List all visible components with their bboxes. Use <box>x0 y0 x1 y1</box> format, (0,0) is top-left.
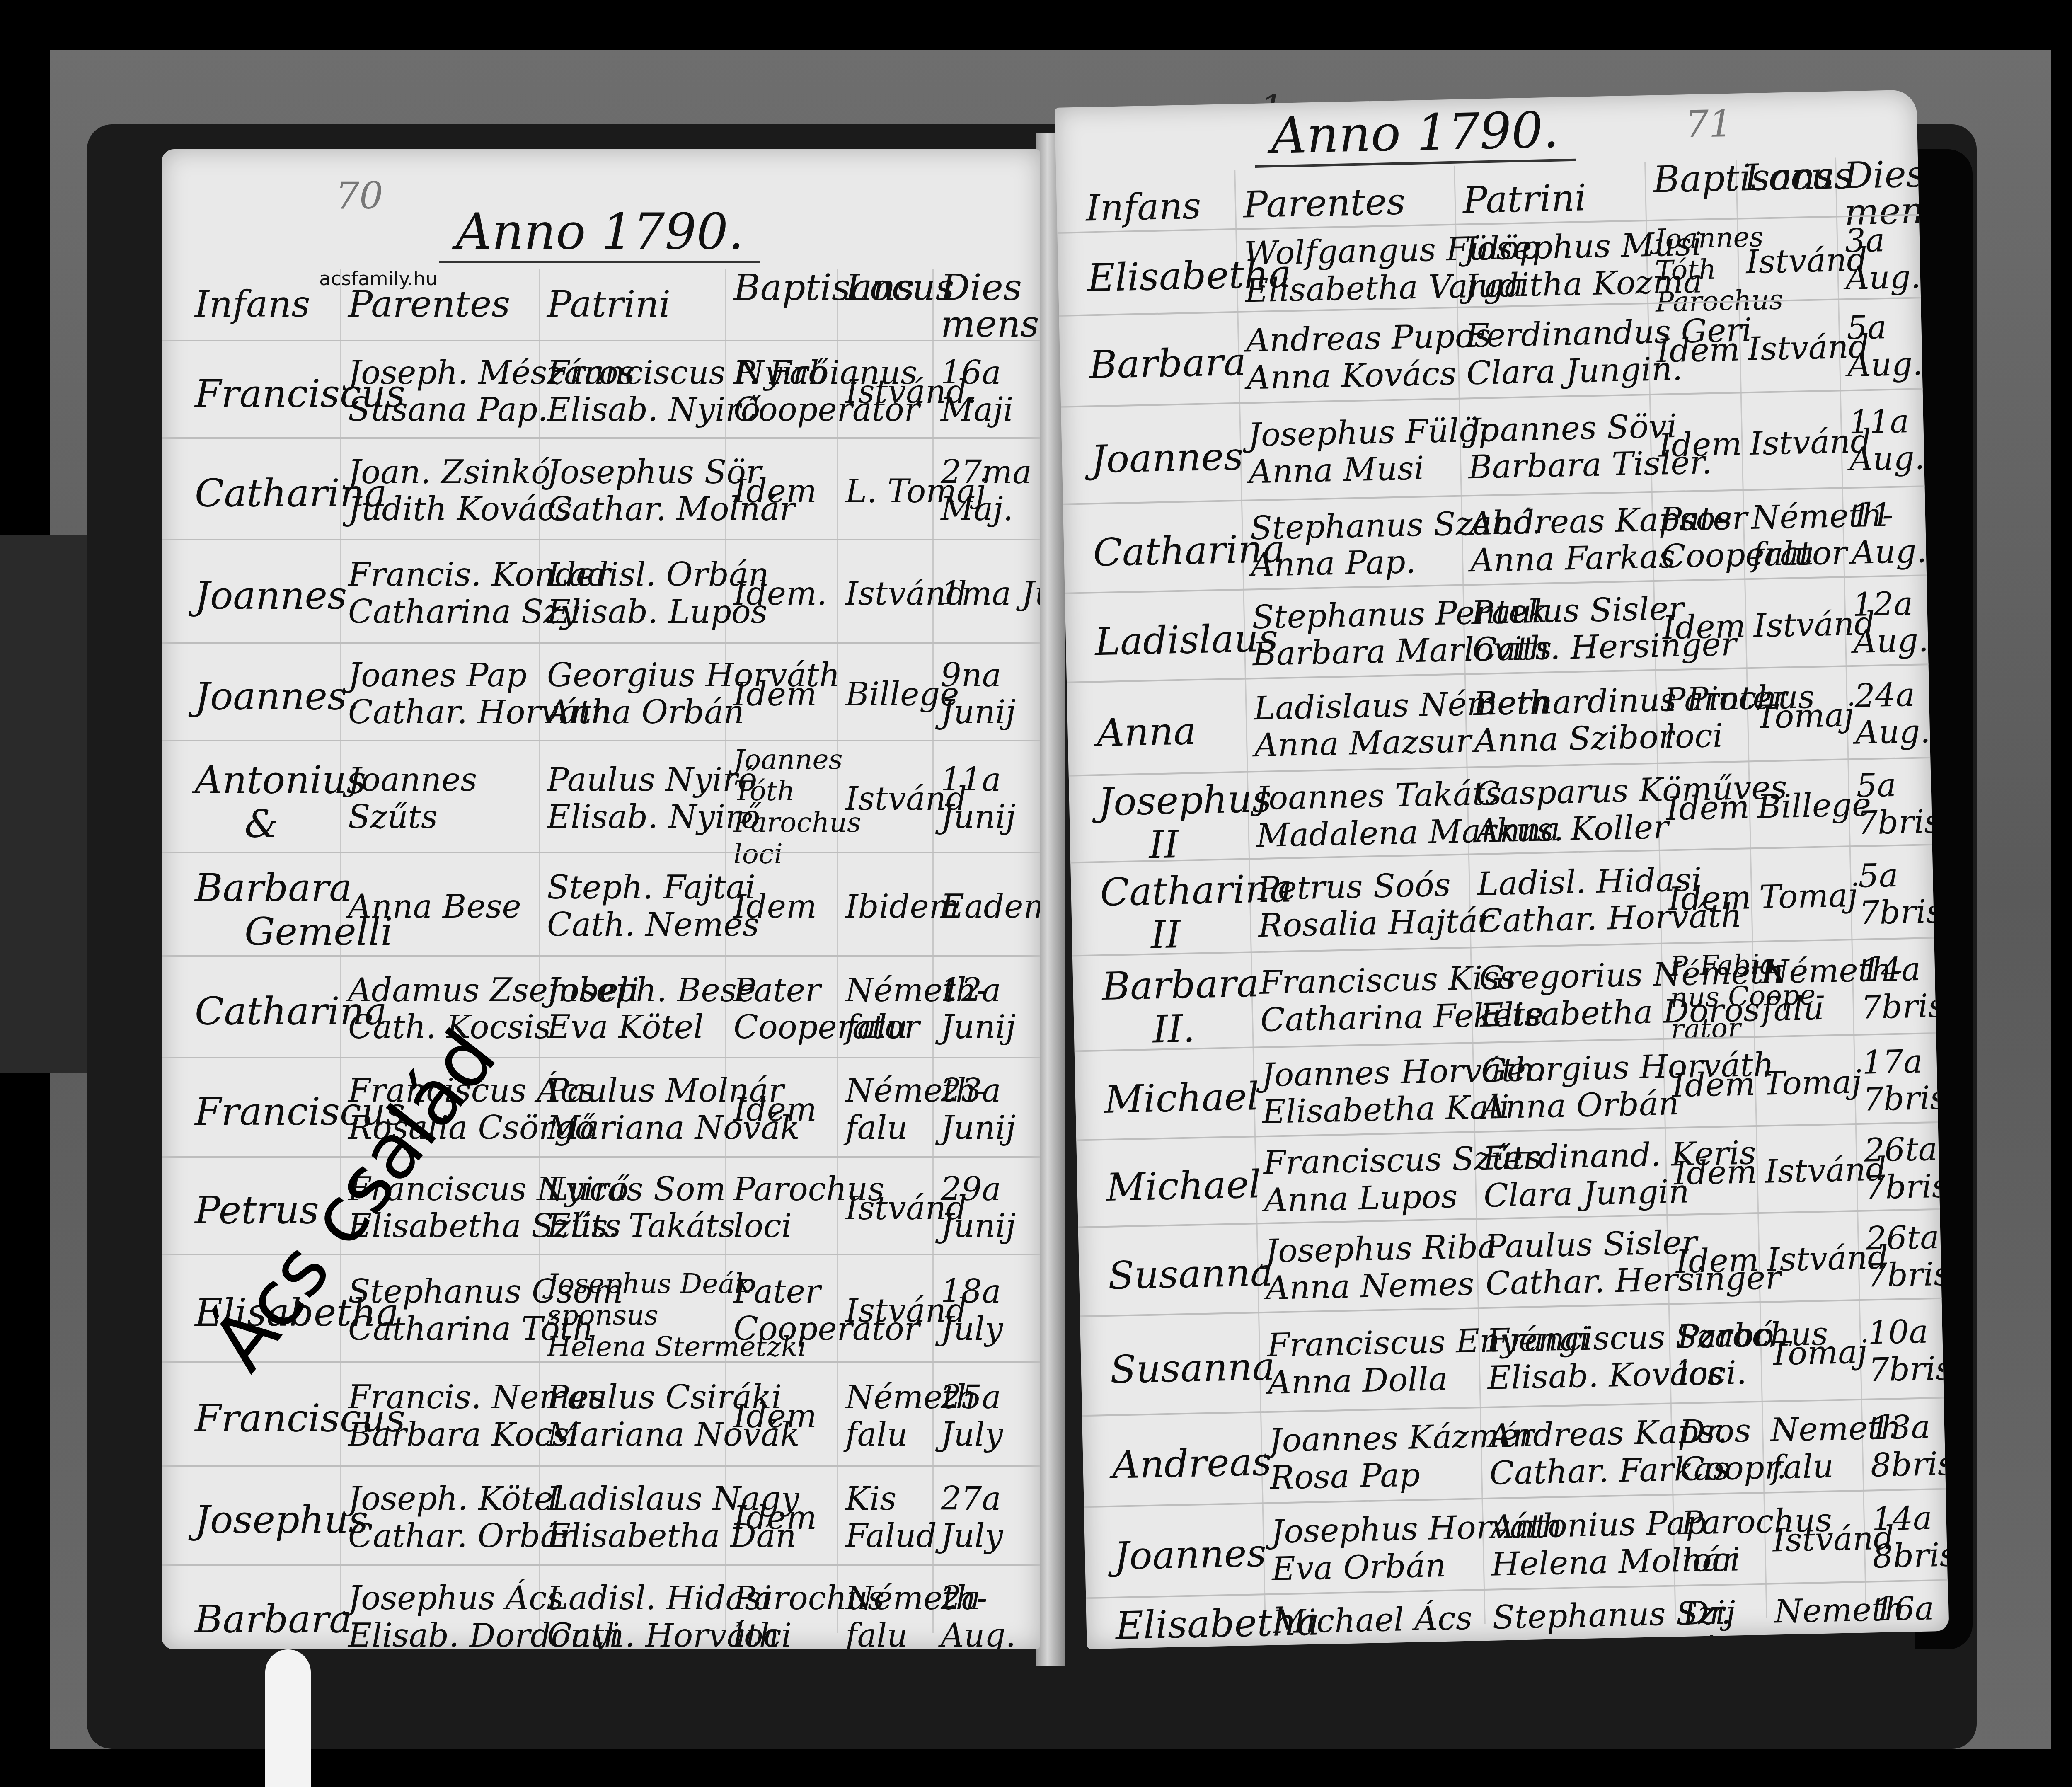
entry-baptisans: Idem <box>1662 608 1746 647</box>
entry-dies-line: 27a <box>941 1481 1003 1518</box>
entry-dies-line: 29a <box>941 1171 1016 1208</box>
entry-baptisans-line: Idem <box>1666 789 1750 828</box>
entry-dies: 10a7bris <box>1867 1313 1949 1389</box>
entry-baptisans-line: Idem <box>733 1092 817 1129</box>
entry-baptisans: Idem <box>733 1092 817 1129</box>
entry-patrini-line: Eva Kötel <box>547 1009 756 1046</box>
entry-dies-line: 3a <box>1844 221 1920 260</box>
entry-parentes-line: Szűts <box>348 799 477 836</box>
entry-dies-line: Junij <box>941 1009 1016 1046</box>
entry-baptisans-line: Idem <box>733 1398 817 1436</box>
entry-parentes-line: Anna Musi <box>1249 449 1501 491</box>
entry-dies-line: Aug. <box>941 1618 1016 1649</box>
entry-dies-line: July <box>941 1518 1003 1555</box>
row-rule <box>162 1465 1040 1467</box>
entry-dies-line: 8bris <box>1872 1537 1949 1576</box>
entry-baptisans-line: Idem <box>1656 332 1740 370</box>
register-entry: LadislausStephanus PentekBarbara Marlovi… <box>1065 579 1929 686</box>
entry-baptisans-line: Idem <box>1658 426 1742 465</box>
entry-parentes: Josephus RibaAnna Nemes <box>1265 1228 1498 1308</box>
row-rule <box>162 740 1040 741</box>
entry-baptisans-line: Idem <box>733 889 817 926</box>
entry-dies-line: 2a <box>941 1580 1016 1618</box>
entry-locus: Tomaj <box>1759 877 1858 916</box>
entry-dies: 14a8bris <box>1871 1499 1949 1576</box>
entry-dies-line: 5a <box>1856 766 1941 805</box>
entry-locus: Billege <box>1757 787 1871 826</box>
entry-dies: 18aJuly <box>941 1274 1003 1348</box>
entry-parentes: Josephus FülöpAnna Musi <box>1248 412 1500 491</box>
entry-dies-line: Aug. <box>1847 346 1923 384</box>
entry-dies-line: Junij <box>941 694 1016 731</box>
entry-baptisans: Idem <box>733 473 817 511</box>
entry-infans: Susanna <box>1110 1345 1276 1392</box>
entry-dies: 16aMaji <box>941 355 1014 429</box>
entry-infans: Michael <box>1106 1162 1261 1210</box>
entry-dies-line: 5a <box>1847 308 1922 347</box>
entry-dies: 25aJuly <box>941 1379 1003 1453</box>
entry-dies: 29aJunij <box>941 1171 1016 1245</box>
register-entry: CatharinaAdamus ZsembeliCath. KocsisJose… <box>162 959 1040 1061</box>
column-header-baptisans: Baptisans <box>1653 160 1740 198</box>
entry-patrini: Steph. FajtaiCath. Nemes <box>547 869 759 944</box>
entry-baptisans-line: Idem. <box>733 576 827 613</box>
entry-dies: Eadem. <box>941 889 1040 926</box>
entry-patrini-line: Lucas Som <box>547 1171 735 1208</box>
entry-infans-line: Michael <box>1104 1075 1259 1122</box>
entry-parentes: Anna Bese <box>348 889 521 926</box>
row-rule <box>162 340 1040 341</box>
entry-infans: Barbara <box>1089 340 1247 387</box>
register-entry: JoannesFrancis. KonderCatharina SzyLadis… <box>162 543 1040 647</box>
entry-patrini: Joseph. BeseEva Kötel <box>547 972 756 1046</box>
register-entry: JoannesJosephus HorváthEva OrbánAntonius… <box>1084 1492 1948 1602</box>
register-entry: SusannaFranciscus EnyéngiAnna DollaFranc… <box>1080 1302 1944 1419</box>
entry-infans: Susanna <box>1108 1250 1273 1298</box>
entry-baptisans-line: Tóth <box>733 775 861 807</box>
year-title: Anno 1790. <box>1254 101 1576 168</box>
entry-dies: 9naJunij <box>941 657 1016 731</box>
scan-border-strip <box>0 535 99 1073</box>
page-number: 70 <box>336 174 383 218</box>
entry-dies-line: 10a <box>1867 1313 1949 1352</box>
column-header-patrini: Patrini <box>547 286 670 322</box>
entry-patrini-line: Paulus Nyirő <box>547 762 760 799</box>
entry-baptisans: Idem <box>1672 1066 1756 1105</box>
entry-parentes-line: Joan. Zsinkó <box>348 454 572 492</box>
entry-dies-line: 11a <box>1848 403 1924 441</box>
register-entry: BarbaraGemelliAnna BeseSteph. FajtaiCath… <box>162 856 1040 959</box>
entry-dies-line: 16a <box>1873 1590 1949 1629</box>
entry-dies: 2aAug. <box>941 1580 1016 1649</box>
page-number: 71 <box>1685 102 1733 146</box>
entry-infans: Joannes. <box>195 675 359 719</box>
entry-dies-line: 13a <box>1869 1408 1949 1447</box>
bookmark-ribbon <box>265 1649 311 1787</box>
row-rule <box>162 1057 1040 1058</box>
entry-infans-line: Josephus <box>195 1498 368 1542</box>
entry-dies-line: 7bris <box>1859 893 1943 932</box>
entry-infans-line: Ladislaus <box>1094 616 1278 664</box>
column-header-parentes: Parentes <box>1243 183 1406 223</box>
entry-dies: 13a8bris <box>1869 1408 1949 1484</box>
register-entry: SusannaJosephus RibaAnna NemesPaulus Sis… <box>1078 1213 1942 1320</box>
entry-infans: Andreas <box>1112 1440 1272 1487</box>
entry-dies: 11aAug. <box>1848 403 1925 479</box>
entry-parentes: JoannesSzűts <box>348 762 477 836</box>
entry-parentes: Petrus SoósRosalia Hajtár <box>1257 866 1494 945</box>
entry-dies: 5a7bris <box>1856 766 1941 843</box>
row-rule <box>162 437 1040 439</box>
register-entry: BarbaraAndreas PuposAnna KovácsFerdinand… <box>1059 301 1923 410</box>
entry-dies-line: 7bris <box>1866 1256 1949 1295</box>
entry-baptisans-line: Joannes <box>733 744 861 775</box>
entry-dies-line: Maji <box>941 392 1014 429</box>
entry-patrini-line: Joseph. Bese <box>547 972 756 1010</box>
entry-dies-line: 18a <box>941 1274 1003 1311</box>
entry-parentes-line: Joseph. Kötel <box>348 1481 580 1518</box>
entry-dies-line: Junij <box>941 799 1016 836</box>
entry-infans: Antonius& <box>195 758 366 846</box>
row-rule <box>162 1564 1040 1566</box>
entry-dies-line: 11 <box>1850 496 1926 535</box>
entry-patrini-line: Elisab. Nyirő <box>547 799 760 836</box>
entry-infans-line: Susanna <box>1108 1250 1273 1298</box>
entry-infans: Joannes <box>1091 434 1244 481</box>
entry-infans: Barbara <box>195 1598 352 1642</box>
entry-parentes: Joseph. KötelCathar. Orbán <box>348 1481 580 1555</box>
entry-parentes-line: Cathar. Orbán <box>348 1518 580 1555</box>
register-entry: CatharinaIIPetrus SoósRosalia HajtárLadi… <box>1070 848 1934 959</box>
register-entry: AnnaLadislaus NémethAnna MazsurBernardin… <box>1067 668 1930 779</box>
entry-dies: 5a7bris <box>1858 856 1943 932</box>
register-entry: BarbaraJosephus ÁcsElisab. DordonyiLadis… <box>162 1569 1040 1649</box>
entry-dies-line: July <box>941 1311 1003 1348</box>
entry-infans-line: Anna <box>1097 709 1197 755</box>
entry-dies-line: 5a <box>1858 856 1942 895</box>
entry-dies-line: Aug. <box>1853 622 1929 661</box>
register-entry: BarbaraII.Franciscus KissCatharina Feket… <box>1072 941 1936 1055</box>
entry-dies: 27aJuly <box>941 1481 1003 1555</box>
entry-dies-line: 14a <box>1871 1499 1949 1538</box>
entry-parentes-line: Judith Kovács <box>348 491 572 528</box>
entry-dies-line: 7bris <box>1863 1080 1947 1119</box>
register-entry: JosephusIIJoannes TakátsMadalena Markus.… <box>1069 761 1932 866</box>
entry-parentes-line: Josephus Riba <box>1265 1228 1498 1270</box>
entry-baptisans: Idem <box>1658 426 1742 465</box>
register-entry: JosephusJoseph. KötelCathar. OrbánLadisl… <box>162 1469 1040 1569</box>
entry-baptisans: Idem <box>1675 1242 1760 1281</box>
entry-patrini-line: Cath. Nemes <box>547 907 759 944</box>
entry-dies-line: 25a <box>941 1379 1003 1417</box>
entry-locus: Tomaj <box>1768 1334 1867 1373</box>
entry-dies-line: 8bris <box>1870 1446 1949 1484</box>
entry-infans: Joannes <box>195 574 347 618</box>
register-entry: FranciscusJoseph. MészárosSusana Pap.Fra… <box>162 344 1040 441</box>
entry-dies: 26ta7bris <box>1864 1131 1949 1207</box>
entry-baptisans-line: Idem <box>733 676 817 714</box>
entry-parentes-line: Anna Bese <box>348 889 521 926</box>
entry-dies-line: 16a <box>941 355 1014 392</box>
entry-infans-line: & <box>195 802 366 846</box>
entry-dies-line: 7bris <box>1857 803 1941 842</box>
entry-dies: 12aAug. <box>1852 585 1929 661</box>
column-header-dies: Dies mensis <box>941 269 1040 342</box>
entry-dies: 12aJunij <box>941 972 1016 1046</box>
entry-parentes-line: Anna Kovács <box>1247 355 1492 397</box>
entry-dies-line: 17a <box>1862 1043 1946 1082</box>
right-page: 71 Anno 1790. InfansParentesPatriniBapti… <box>1055 90 1949 1649</box>
entry-infans-line: Andreas <box>1112 1440 1272 1487</box>
entry-locus: Tomaj <box>1755 697 1854 736</box>
entry-dies-line: 7bris <box>1868 1350 1949 1389</box>
entry-baptisans: Idem <box>733 1398 817 1436</box>
entry-dies-line: 24a <box>1854 676 1930 715</box>
register-entry: AndreasJoannes KázmérRosa PapAndreas Kap… <box>1082 1401 1946 1511</box>
entry-baptisans: Idem <box>733 676 817 714</box>
entry-dies: 26ta7bris <box>1866 1219 1949 1295</box>
entry-dies: 24aAug. <box>1854 676 1931 752</box>
entry-dies-line: Aug. <box>1845 259 1921 297</box>
row-rule <box>162 1156 1040 1158</box>
row-rule <box>162 1361 1040 1363</box>
entry-dies-line: 12a <box>941 972 1016 1010</box>
entry-patrini: Paulus NyirőElisab. Nyirő <box>547 762 760 836</box>
entry-parentes-line: Joannes <box>348 762 477 799</box>
entry-locus: KisFalud <box>845 1481 937 1555</box>
column-header-parentes: Parentes <box>348 286 510 322</box>
entry-infans-line: Josephus <box>1098 777 1272 824</box>
entry-dies-line: Junij <box>941 1208 1016 1245</box>
register-entry: CatharinaStephanus Szabó.Anna Pap.Andrea… <box>1063 489 1927 597</box>
register-entry: FranciscusFranciscus ÁcsRosalia CsörgőPa… <box>162 1061 1040 1160</box>
entry-locus-line: Tomaj <box>1759 877 1858 916</box>
entry-dies-line: 26ta <box>1866 1219 1949 1258</box>
entry-baptisans-line: Idem <box>1668 879 1752 918</box>
entry-locus-line: Tomaj <box>1755 697 1854 736</box>
entry-baptisans-line: Idem <box>1662 608 1746 647</box>
entry-infans-line: Barbara <box>1089 340 1247 387</box>
entry-locus-line: Falud <box>845 1518 937 1555</box>
entry-patrini-line: Steph. Fajtai <box>547 869 759 907</box>
entry-baptisans: Idem <box>1666 789 1750 828</box>
column-header-infans: Infans <box>195 286 310 322</box>
entry-baptisans: Idem <box>733 1500 817 1537</box>
entry-dies: 11aJunij <box>941 762 1016 836</box>
entry-dies-line: Eadem. <box>941 889 1040 926</box>
entry-parentes: Joan. ZsinkóJudith Kovács <box>348 454 572 528</box>
row-rule <box>162 955 1040 957</box>
entry-parentes-line: Andreas Pupos <box>1246 317 1491 360</box>
entry-infans-line: Joannes <box>195 574 347 618</box>
entry-baptisans-line: Idem <box>1673 1154 1757 1193</box>
entry-infans-line: Antonius <box>195 758 366 802</box>
entry-baptisans-line: Idem <box>733 1500 817 1537</box>
entry-baptisans: Idem. <box>733 576 827 613</box>
entry-infans: Joannes <box>1113 1531 1266 1578</box>
entry-infans: Anna <box>1097 709 1197 755</box>
entry-dies-line: 9na <box>941 657 1016 695</box>
entry-dies: 23aJunij <box>941 1073 1016 1147</box>
entry-baptisans: Idem <box>1668 879 1752 918</box>
entry-locus-line: Kis <box>845 1481 937 1518</box>
column-header-patrini: Patrini <box>1462 179 1587 218</box>
entry-patrini: Lucas SomElis. Takáts <box>547 1171 735 1245</box>
entry-dies-line: 1ma Junij <box>941 576 1040 613</box>
entry-infans-line: II. <box>1103 1005 1261 1053</box>
entry-infans-line: Joannes <box>1113 1531 1266 1578</box>
entry-locus: Tomaj <box>1763 1063 1862 1103</box>
column-header-baptisans: Baptisans <box>733 269 841 306</box>
entry-locus-line: Tomaj <box>1763 1063 1862 1103</box>
register-entry: MichaelJoannes Horváth.Elisabetha KaliGe… <box>1075 1036 1938 1144</box>
column-header-infans: Infans <box>1085 188 1201 227</box>
entry-infans-line: Barbara <box>1101 961 1259 1009</box>
entry-dies-line: Junij <box>941 1110 1016 1147</box>
row-rule <box>162 539 1040 540</box>
entry-dies: 27maMaj. <box>941 454 1032 528</box>
entry-dies-line: 7bris <box>1861 988 1945 1027</box>
entry-baptisans: Idem <box>1673 1154 1757 1193</box>
row-rule <box>162 642 1040 644</box>
entry-baptisans: JoannesTóthParochusloci <box>733 744 861 870</box>
left-page: 70 Anno 1790. InfansParentesPatriniBapti… <box>162 149 1040 1649</box>
entry-dies-line: 23a <box>941 1073 1016 1110</box>
row-rule <box>162 852 1040 853</box>
entry-dies-line: Maj. <box>941 491 1032 528</box>
entry-baptisans: Idem <box>1656 332 1740 370</box>
entry-dies-line: 27ma <box>941 454 1032 492</box>
entry-dies: 14a7bris <box>1860 951 1945 1027</box>
register-entry: Joannes.Joanes PapCathar. HorváthGeorgiu… <box>162 647 1040 744</box>
entry-dies-line: Aug. <box>1855 713 1931 752</box>
entry-infans: BarbaraII. <box>1101 961 1260 1052</box>
entry-baptisans-line: Idem <box>733 473 817 511</box>
column-header-locus: Locus <box>1744 157 1840 196</box>
entry-infans-line: Joannes <box>1091 434 1244 481</box>
entry-parentes-line: Anna Nemes <box>1266 1265 1498 1307</box>
entry-dies: 5aAug. <box>1847 308 1923 384</box>
entry-infans: Michael <box>1104 1075 1259 1122</box>
entry-baptisans-line: Idem <box>1672 1066 1756 1105</box>
entry-dies-line: 26ta <box>1864 1131 1948 1170</box>
entry-dies-line: 7bris <box>1864 1168 1949 1207</box>
register-entry: Antonius&JoannesSzűtsPaulus NyirőElisab.… <box>162 744 1040 856</box>
entry-baptisans-line: Idem <box>1675 1242 1760 1281</box>
entry-dies-line: July <box>941 1417 1003 1454</box>
entry-parentes-line: Petrus Soós <box>1257 866 1493 908</box>
entry-dies: 1ma Junij <box>941 576 1040 613</box>
entry-dies-line: 12a <box>1852 585 1928 624</box>
column-header-locus: Locus <box>845 269 937 306</box>
register-entry: CatharinaJoan. ZsinkóJudith KovácsJoseph… <box>162 441 1040 543</box>
entry-infans-line: Barbara <box>195 1598 352 1642</box>
register-entry: JoannesJosephus FülöpAnna MusiJoannes Sö… <box>1061 392 1924 508</box>
watermark-url: acsfamily.hu <box>319 267 438 290</box>
entry-infans-line: Michael <box>1106 1162 1261 1210</box>
entry-dies-line: Aug. <box>1849 440 1925 478</box>
entry-parentes-line: Rosalia Hajtár <box>1258 903 1494 945</box>
entry-infans: JosephusII <box>1098 777 1273 868</box>
year-title: Anno 1790. <box>439 203 760 263</box>
entry-locus-line: Billege <box>1757 787 1871 826</box>
entry-infans-line: Susanna <box>1110 1345 1276 1392</box>
entry-dies: 3aAug. <box>1844 221 1921 297</box>
entry-dies-line: 14a <box>1860 951 1944 990</box>
entry-dies-line: Aug. <box>1851 533 1927 571</box>
entry-dies: 17a7bris <box>1862 1043 1947 1119</box>
entry-parentes-line: Josephus Fülöp <box>1248 412 1500 454</box>
entry-patrini-line: Elis. Takáts <box>547 1208 735 1245</box>
entry-baptisans-line: Parochus <box>733 807 861 838</box>
entry-dies: 11Aug. <box>1850 496 1927 572</box>
entry-infans-line: Joannes. <box>195 675 359 719</box>
entry-parentes: Andreas PuposAnna Kovács <box>1246 317 1492 397</box>
entry-infans: Josephus <box>195 1498 368 1542</box>
entry-baptisans: Idem <box>733 889 817 926</box>
register-entry: FranciscusFrancis. NemesBarbara KocsiPau… <box>162 1366 1040 1469</box>
entry-infans: Ladislaus <box>1094 616 1278 664</box>
entry-locus-line: Tomaj <box>1768 1334 1867 1373</box>
entry-dies-line: 11a <box>941 762 1016 799</box>
